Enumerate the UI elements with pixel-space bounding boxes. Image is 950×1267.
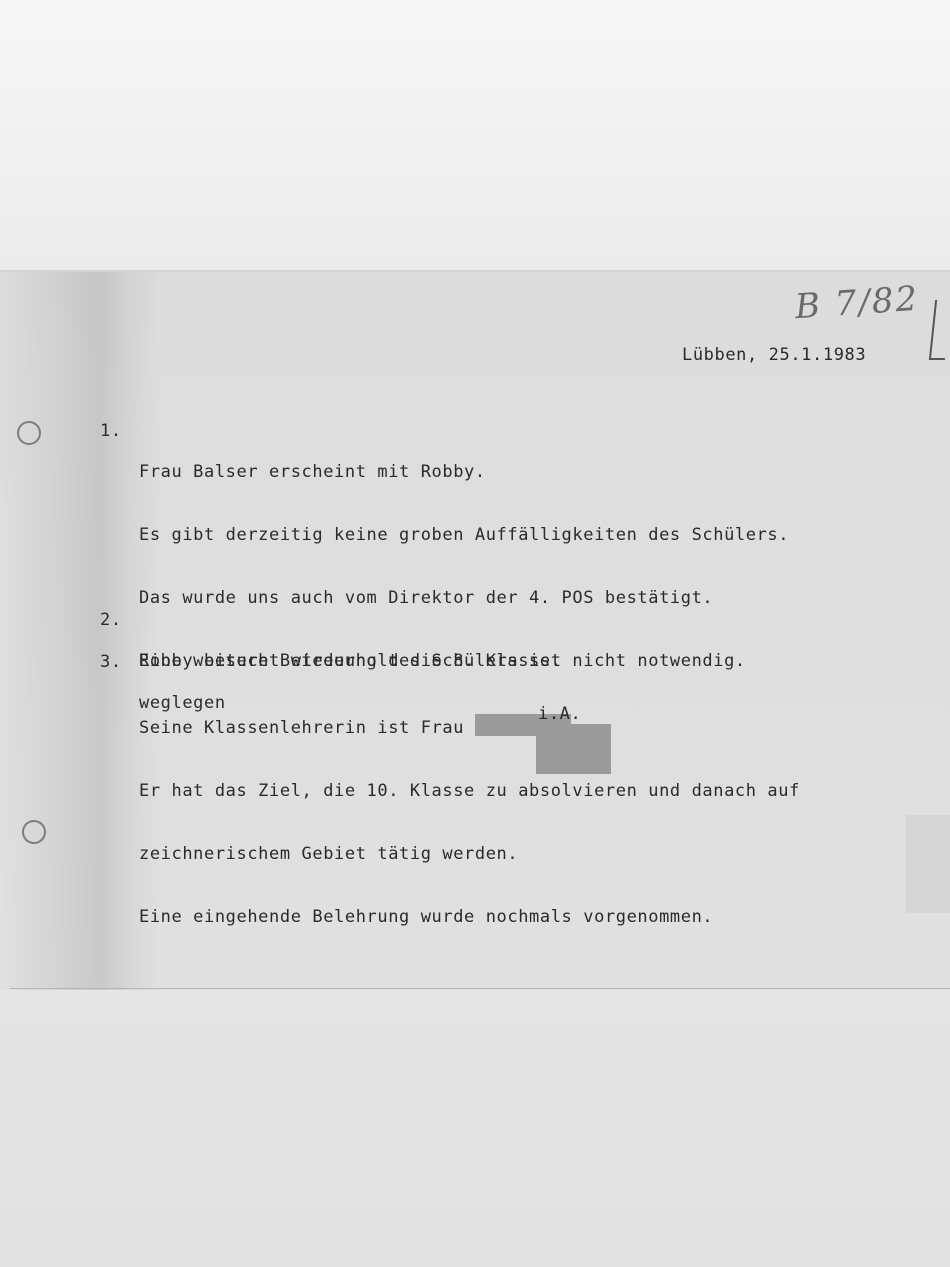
text-line: Eine eingehende Belehrung wurde nochmals…: [139, 907, 800, 928]
paper-stain: [906, 815, 950, 913]
text-line: Seine Klassenlehrerin ist Frau .: [139, 714, 800, 739]
item-3-text: weglegen: [139, 651, 226, 735]
signature-redaction: [536, 724, 611, 774]
lower-page: [0, 990, 950, 1267]
text-line: Frau Balser erscheint mit Robby.: [139, 462, 800, 483]
text-line: zeichnerischem Gebiet tätig werden.: [139, 844, 800, 865]
text-line: weglegen: [139, 693, 226, 714]
photo-background: [0, 0, 950, 270]
item-number: 1.: [100, 421, 122, 441]
text-line: Das wurde uns auch vom Direktor der 4. P…: [139, 588, 800, 609]
signature-label: i.A.: [538, 704, 581, 724]
item-2-text: Eine weitere Betreuung des Schülers ist …: [139, 609, 746, 693]
punch-hole-icon: [17, 421, 41, 445]
item-number: 2.: [100, 610, 122, 630]
sheet-edge: [10, 988, 950, 989]
place-date: Lübben, 25.1.1983: [682, 345, 866, 365]
text-line: Eine weitere Betreuung des Schülers ist …: [139, 651, 746, 672]
item-number: 3.: [100, 652, 122, 672]
text-line: Es gibt derzeitig keine groben Auffällig…: [139, 525, 800, 546]
text-line: Er hat das Ziel, die 10. Klasse zu absol…: [139, 781, 800, 802]
